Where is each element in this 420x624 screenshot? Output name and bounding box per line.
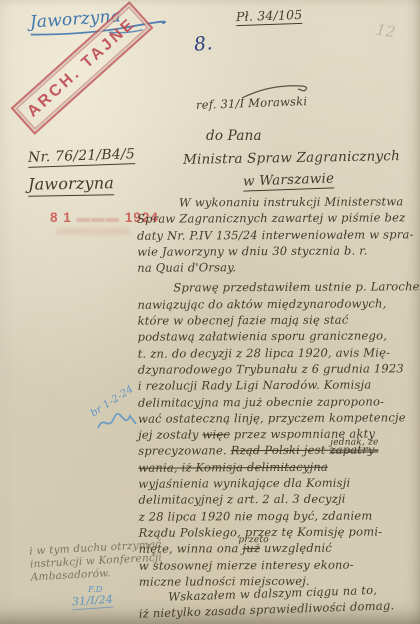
body-text: sprecyzowane. bbox=[138, 444, 231, 458]
body-line-with-correction: nięte, winna ona jużprzeto uwzględnić bbox=[139, 539, 419, 557]
body-line: t. zn. do decyzji z 28 lipca 1920, avis … bbox=[138, 344, 418, 362]
body-line: z 28 lipca 1920 nie mogą być, zdaniem bbox=[139, 507, 419, 525]
blue-date-annotation: 31/I/24 bbox=[72, 593, 114, 611]
letter-body: W wykonaniu instrukcji Ministerstwa Spra… bbox=[137, 193, 419, 622]
struck-text: jużprzeto bbox=[242, 541, 260, 555]
body-line: delimitacyjnej z art. 2 al. 3 decyzji bbox=[138, 491, 418, 509]
struck-text: więc bbox=[202, 427, 230, 441]
file-reference-number: Pł. 34/105 bbox=[236, 7, 303, 24]
body-line: nawiązując do aktów międzynarodowych, bbox=[137, 295, 417, 313]
letter-number: Nr. 76/21/B4/5 bbox=[28, 146, 136, 168]
body-line: wie Jaworzyny w dniu 30 stycznia b. r. bbox=[137, 242, 417, 260]
letter-place: Jaworzyna bbox=[28, 173, 114, 196]
faded-stamp-line bbox=[56, 228, 130, 235]
blue-paraph-squiggle bbox=[96, 410, 142, 436]
body-line: w stosownej mierze interesy ekono- bbox=[139, 556, 419, 574]
body-line: Rządu Polskiego, przez tę Komisję pomi- bbox=[139, 523, 419, 541]
inserted-correction: jednak, że bbox=[330, 435, 378, 453]
body-text: uwzględnić bbox=[260, 541, 332, 555]
address-city: w Warszawie bbox=[243, 170, 335, 189]
address-city-text: w Warszawie bbox=[243, 170, 335, 191]
file-reference-text: Pł. 34/105 bbox=[236, 7, 303, 26]
body-line: wać ostateczną linję, przyczem kompetenc… bbox=[138, 409, 418, 427]
body-text: jej zostały bbox=[138, 428, 202, 442]
body-line: i rezolucji Rady Ligi Narodów. Komisja bbox=[138, 377, 418, 395]
body-line: dzynarodowego Trybunału z 6 grudnia 1923 bbox=[138, 360, 418, 378]
page-number-pencil: 12 bbox=[375, 21, 397, 42]
body-line: W wykonaniu instrukcji Ministerstwa bbox=[137, 193, 417, 211]
body-line: daty Nr. P.IV 135/24 interweniowałem w s… bbox=[137, 226, 417, 244]
body-line: na Quai d'Orsay. bbox=[137, 258, 417, 276]
body-line: Sprawę przedstawiłem ustnie p. Laroche bbox=[137, 279, 417, 297]
body-line: wyjaśnienia wynikające dla Komisji bbox=[138, 474, 418, 492]
document-number-annotation: 8. bbox=[193, 32, 214, 56]
body-line: podstawą załatwienia sporu granicznego, bbox=[138, 328, 418, 346]
body-line: Spraw Zagranicznych zawartej w piśmie be… bbox=[137, 210, 417, 228]
body-line-with-correction: sprecyzowane. Rząd Polski jest zapatry-j… bbox=[138, 442, 418, 460]
inserted-correction: przeto bbox=[238, 532, 268, 548]
body-line: które w obecnej fazie mają się stać bbox=[138, 311, 418, 329]
struck-text: Rząd Polski jest zapatry-jednak, że bbox=[231, 443, 379, 458]
body-line-with-correction: wania, iż Komisja delimitacyjna bbox=[138, 458, 418, 476]
body-line: delimitacyjna ma już obecnie zapropono- bbox=[138, 393, 418, 411]
scanned-letter-page: Jaworzyna ARCH. TAJNE Pł. 34/105 12 8. r… bbox=[0, 0, 420, 624]
address-recipient: Ministra Spraw Zagranicznych bbox=[183, 148, 400, 168]
referral-date-annotation: ref. 31/I Morawski bbox=[196, 94, 308, 112]
margin-pencil-note: i w tym duchu otrzymać instrukcji w Konf… bbox=[29, 539, 163, 585]
struck-text: wania, iż Komisja delimitacyjna bbox=[138, 459, 328, 474]
address-salutation: do Pana bbox=[206, 128, 262, 144]
date-stamp-day: 8 1 bbox=[50, 210, 72, 225]
date-stamp-month-illegible: ▬▬▬ bbox=[77, 210, 121, 225]
